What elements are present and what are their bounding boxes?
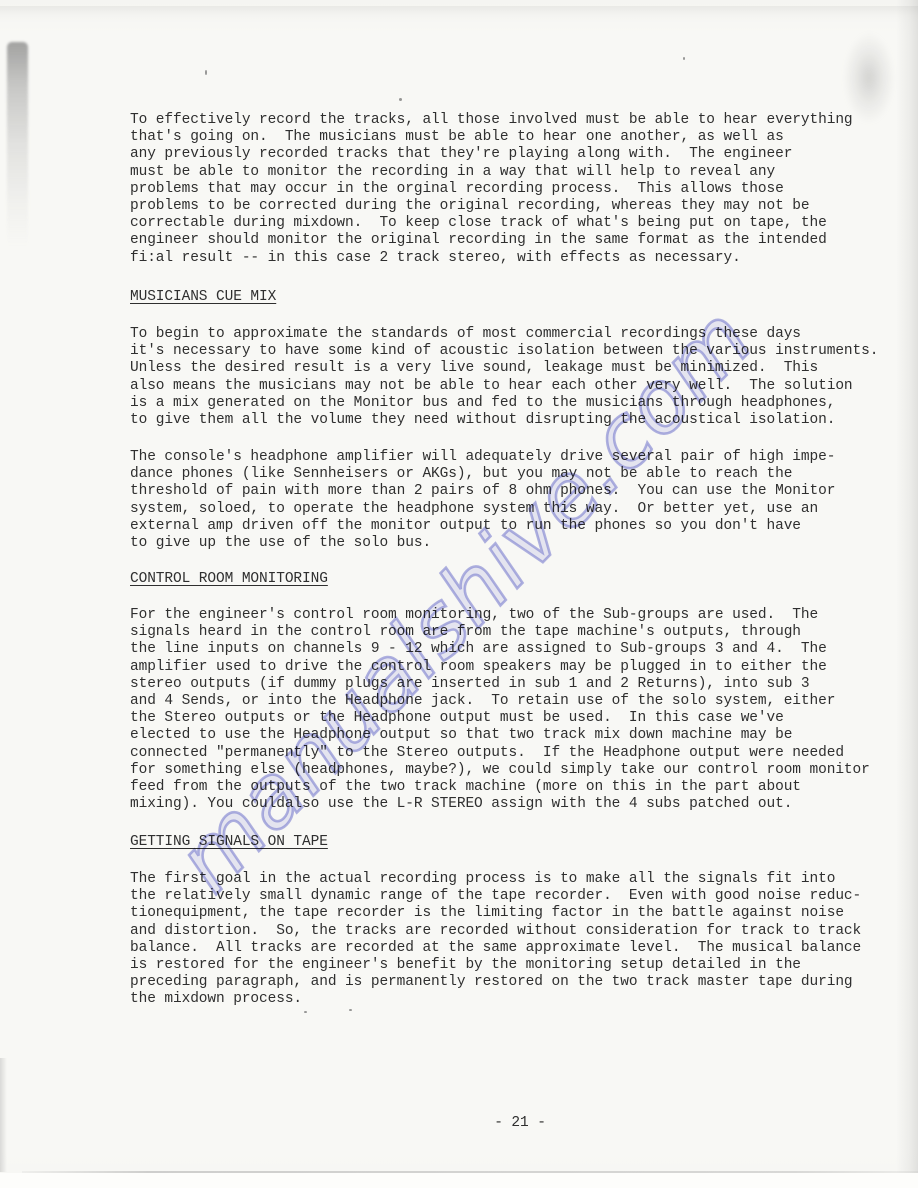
intro-paragraph: To effectively record the tracks, all th…: [130, 112, 896, 267]
section-heading-getting-signals-on-tape: GETTING SIGNALS ON TAPE: [130, 834, 896, 851]
paragraph-cue-mix-1: To begin to approximate the standards of…: [130, 326, 896, 429]
scan-bottom-left-edge: [0, 1058, 7, 1172]
ink-speck: [205, 70, 207, 75]
ink-speck: [304, 1011, 307, 1013]
scanned-document-page: To effectively record the tracks, all th…: [0, 0, 918, 1188]
paragraph-control-room: For the engineer's control room monitori…: [130, 607, 896, 813]
page-number: - 21 -: [140, 1115, 900, 1132]
paragraph-cue-mix-2: The console's headphone amplifier will a…: [130, 449, 896, 552]
section-heading-control-room-monitoring: CONTROL ROOM MONITORING: [130, 571, 896, 588]
scan-top-shading: [0, 6, 918, 22]
scan-right-corner-smudge: [843, 32, 895, 124]
section-heading-musicians-cue-mix: MUSICIANS CUE MIX: [130, 289, 896, 306]
scan-bottom-margin: [0, 1173, 918, 1188]
scan-right-edge-shading: [896, 0, 918, 1188]
paragraph-signals-on-tape: The first goal in the actual recording p…: [130, 871, 896, 1009]
ink-speck: [683, 57, 685, 60]
ink-speck: [349, 1009, 352, 1011]
ink-speck: [399, 98, 402, 101]
scan-left-edge-smudge: [7, 42, 28, 247]
